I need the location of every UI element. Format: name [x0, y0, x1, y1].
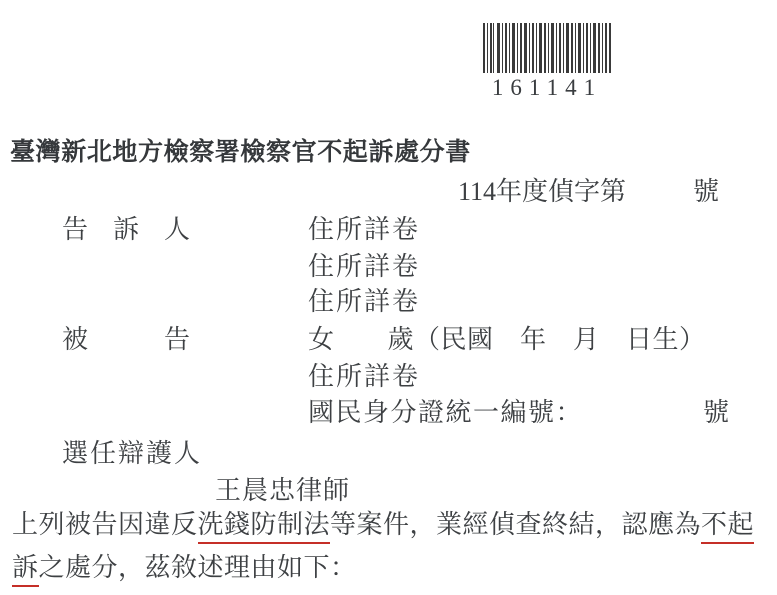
case-number-suffix: 號 — [693, 171, 719, 208]
barcode-number: 161141 — [483, 75, 611, 101]
paragraph-text: 等案件，業經偵查終結，認應為 — [330, 510, 701, 539]
complainant-label: 告訴人 — [62, 214, 190, 245]
document-page: 161141 臺灣新北地方檢察署檢察官不起訴處分書 114年度偵字第 號 告訴人… — [0, 0, 777, 595]
defendant-address: 住所詳卷 — [308, 361, 420, 392]
complainant-address: 住所詳卷 — [308, 251, 420, 282]
barcode-icon — [483, 23, 611, 73]
document-title: 臺灣新北地方檢察署檢察官不起訴處分書 — [10, 132, 471, 168]
defendant-label: 被告 — [62, 324, 190, 355]
statute-name-underlined: 洗錢防制法 — [198, 509, 331, 544]
decision-paragraph: 上列被告因違反洗錢防制法等案件，業經偵查終結，認應為不起 訴之處分，茲敘述理由如… — [12, 509, 772, 587]
paragraph-line-1: 上列被告因違反洗錢防制法等案件，業經偵查終結，認應為不起 — [12, 509, 772, 544]
complainant-address: 住所詳卷 — [308, 214, 420, 245]
complainant-address: 住所詳卷 — [308, 286, 420, 317]
counsel-label: 選任辯護人 — [62, 438, 202, 469]
non-prosecution-underlined: 不起 — [701, 509, 754, 544]
non-prosecution-underlined: 訴 — [12, 552, 39, 587]
defendant-info: 女 歲（民國 年 月 日生） — [308, 324, 706, 355]
counsel-name: 王晨忠律師 — [215, 475, 350, 506]
id-number-label: 國民身分證統一編號： — [308, 397, 583, 428]
paragraph-text: 上列被告因違反 — [12, 510, 198, 539]
id-number-suffix: 號 — [703, 397, 729, 428]
paragraph-line-2: 訴之處分，茲敘述理由如下： — [12, 552, 772, 587]
paragraph-text: 之處分，茲敘述理由如下： — [39, 553, 357, 582]
barcode-block: 161141 — [483, 23, 611, 101]
case-number-prefix: 114年度偵字第 — [458, 171, 626, 208]
